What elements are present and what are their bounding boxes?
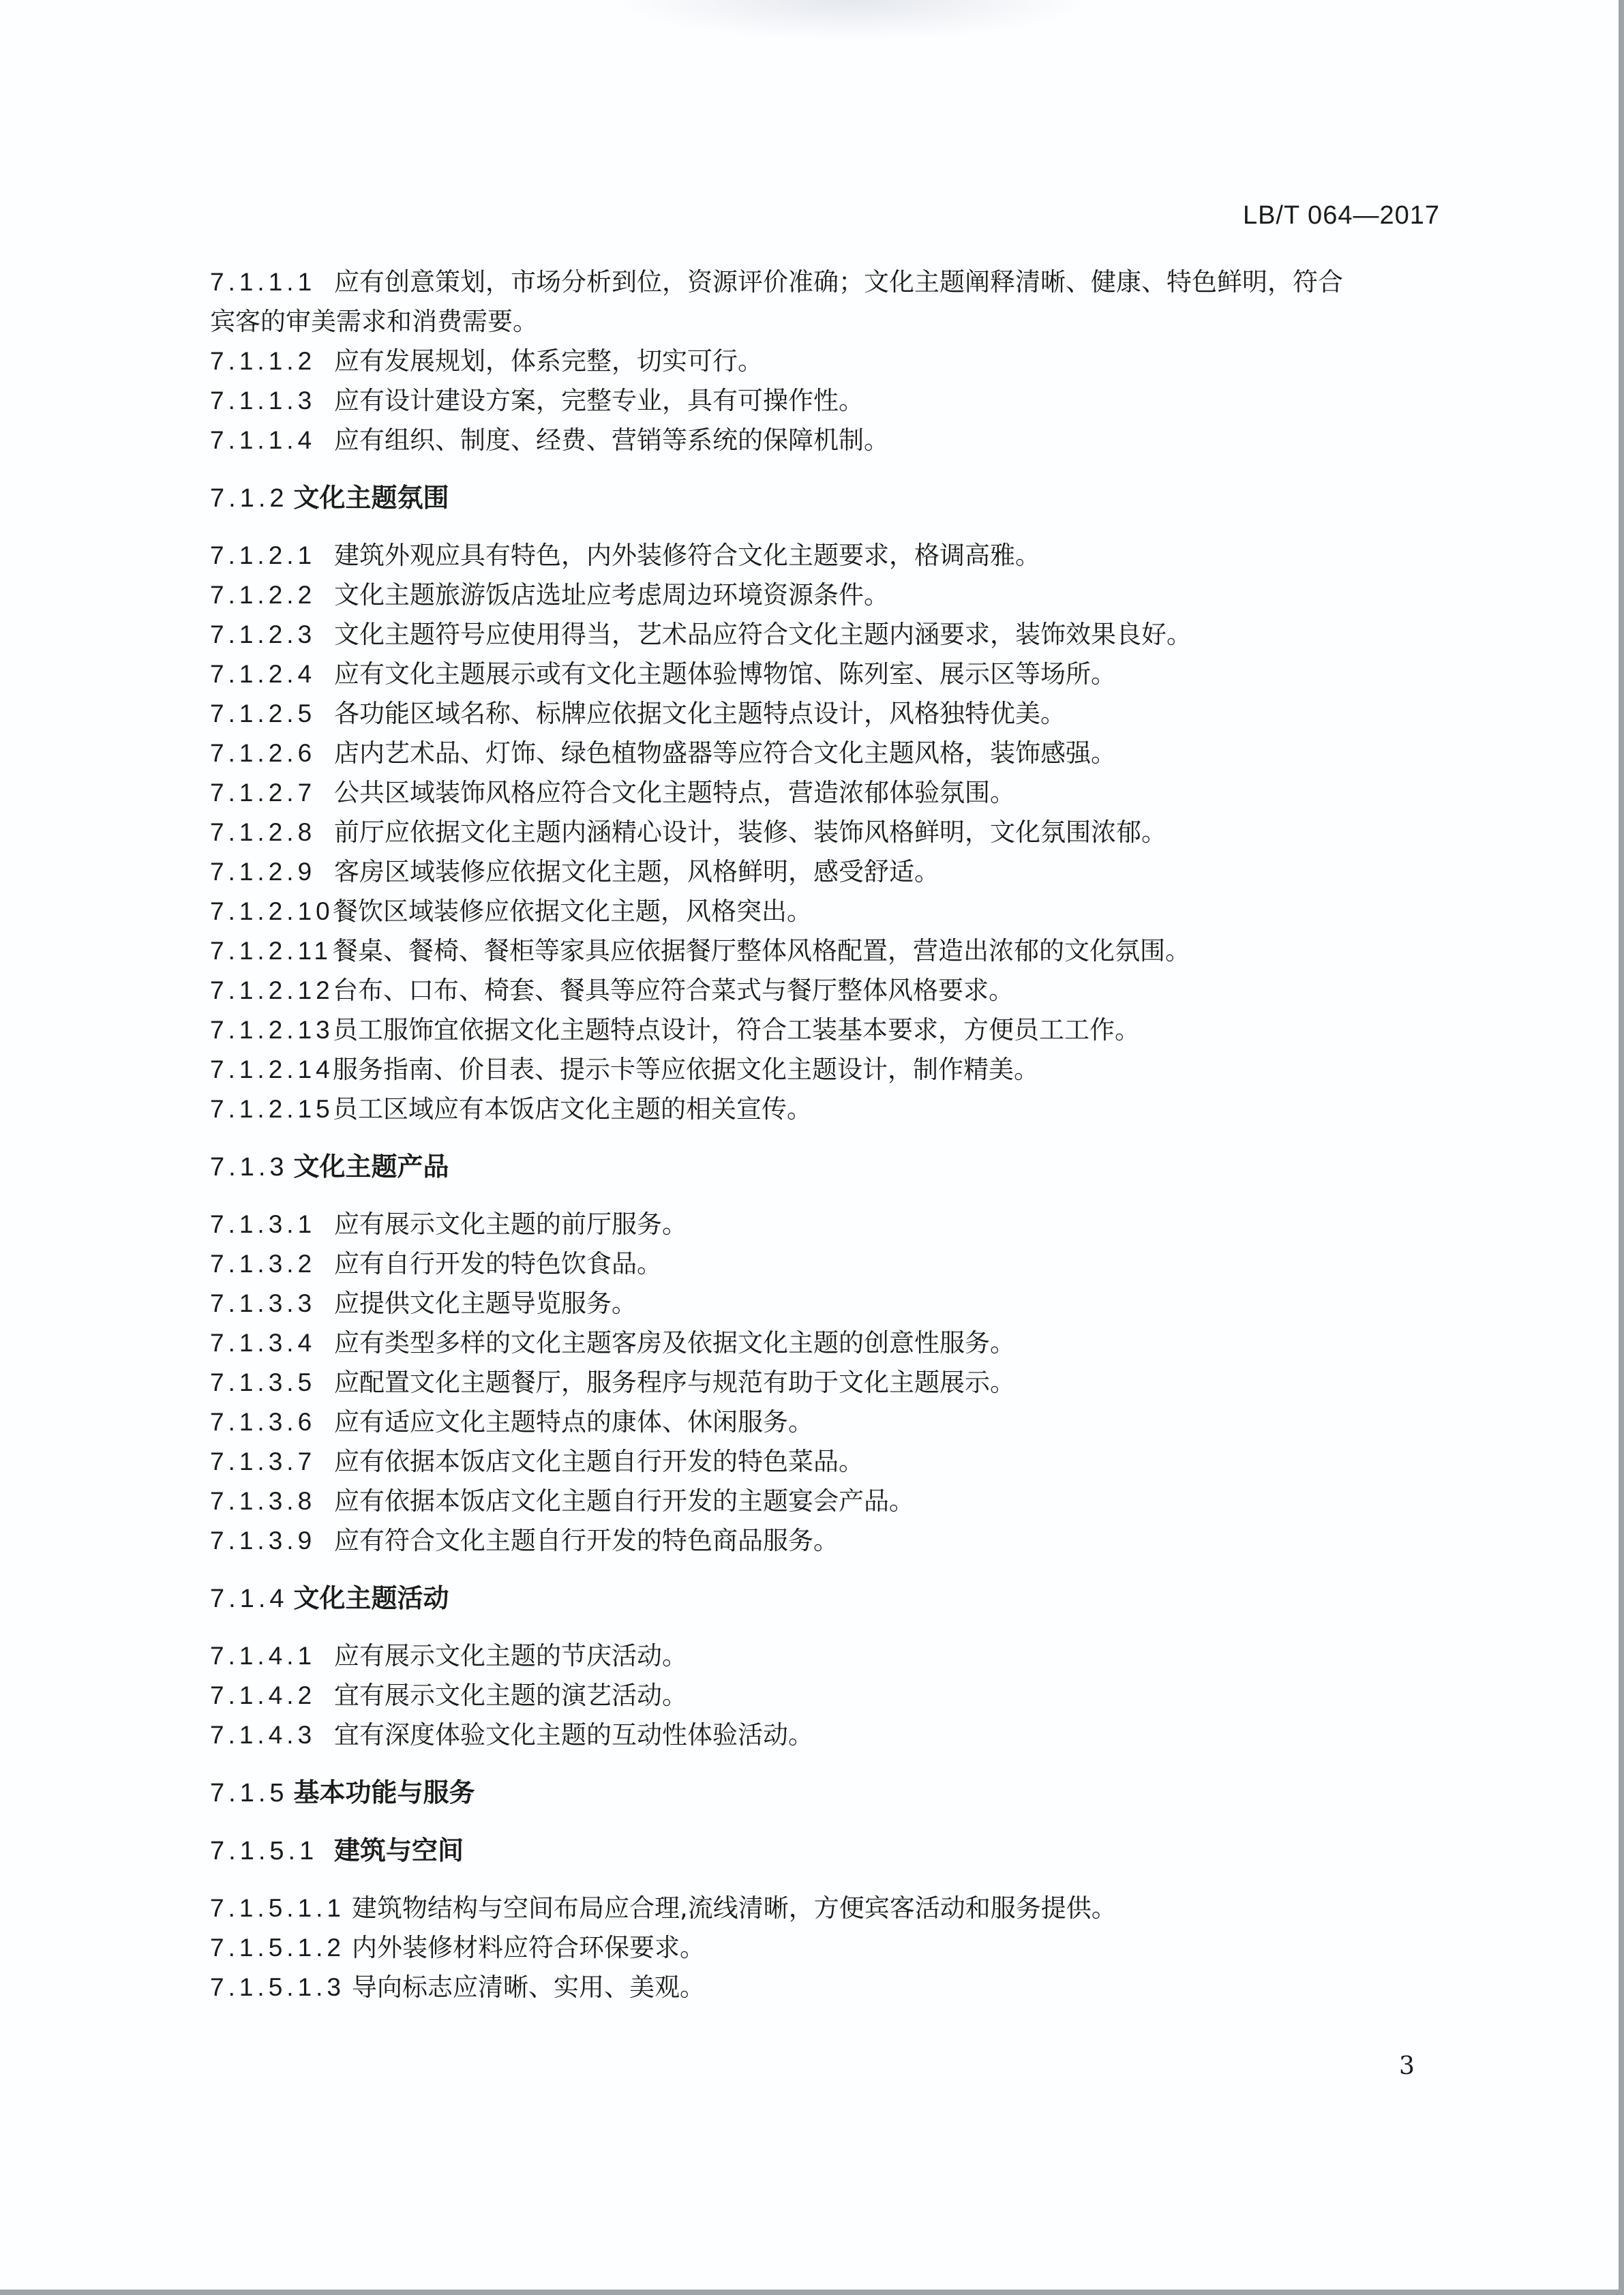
clause-number: 7.1.1.1 — [210, 262, 334, 302]
clause-text: 服务指南、价目表、提示卡等应依据文化主题设计，制作精美。 — [333, 1055, 1039, 1084]
clause-7-1-1-1: 7.1.1.1应有创意策划，市场分析到位，资源评价准确；文化主题阐释清晰、健康、… — [210, 262, 1444, 302]
clause-number: 7.1.5.1.2 — [210, 1928, 352, 1968]
clause-7-1-2-2: 7.1.2.2文化主题旅游饭店选址应考虑周边环境资源条件。 — [210, 575, 1444, 615]
clause-number: 7.1.3.5 — [210, 1363, 334, 1402]
clause-7-1-2-15: 7.1.2.15员工区域应有本饭店文化主题的相关宣传。 — [210, 1090, 1444, 1129]
clause-7-1-2-11: 7.1.2.11餐桌、餐椅、餐柜等家具应依据餐厅整体风格配置，营造出浓郁的文化氛… — [210, 931, 1444, 971]
clause-number: 7.1.4.1 — [210, 1636, 334, 1676]
clause-7-1-1-3: 7.1.1.3应有设计建设方案，完整专业，具有可操作性。 — [210, 381, 1444, 421]
clause-text: 应有设计建设方案，完整专业，具有可操作性。 — [334, 386, 864, 415]
clause-7-1-2-3: 7.1.2.3文化主题符号应使用得当，艺术品应符合文化主题内涵要求，装饰效果良好… — [210, 615, 1444, 655]
clause-7-1-3-8: 7.1.3.8应有依据本饭店文化主题自行开发的主题宴会产品。 — [210, 1482, 1444, 1521]
clause-text: 各功能区域名称、标牌应依据文化主题特点设计，风格独特优美。 — [334, 699, 1066, 728]
clause-7-1-3-6: 7.1.3.6应有适应文化主题特点的康体、休闲服务。 — [210, 1402, 1444, 1442]
clause-7-1-3-9: 7.1.3.9应有符合文化主题自行开发的特色商品服务。 — [210, 1521, 1444, 1561]
scan-edge-bottom — [0, 2290, 1624, 2295]
clause-7-1-1-1-continuation: 宾客的审美需求和消费需要。 — [210, 302, 1444, 342]
clause-number: 7.1.2.8 — [210, 813, 334, 852]
clause-number: 7.1.2.14 — [210, 1050, 333, 1090]
clause-7-1-5-1-1: 7.1.5.1.1建筑物结构与空间布局应合理,流线清晰，方便宾客活动和服务提供。 — [210, 1889, 1444, 1928]
clause-text: 建筑外观应具有特色，内外装修符合文化主题要求，格调高雅。 — [334, 541, 1040, 570]
clause-text: 文化主题符号应使用得当，艺术品应符合文化主题内涵要求，装饰效果良好。 — [334, 620, 1192, 649]
subsection-title: 建筑与空间 — [334, 1835, 464, 1865]
clause-number: 7.1.3.3 — [210, 1284, 334, 1323]
clause-number: 7.1.1.4 — [210, 421, 334, 460]
clause-7-1-2-4: 7.1.2.4应有文化主题展示或有文化主题体验博物馆、陈列室、展示区等场所。 — [210, 655, 1444, 694]
clause-7-1-3-5: 7.1.3.5应配置文化主题餐厅，服务程序与规范有助于文化主题展示。 — [210, 1363, 1444, 1402]
clause-7-1-4-3: 7.1.4.3宜有深度体验文化主题的互动性体验活动。 — [210, 1715, 1444, 1755]
clause-text: 应提供文化主题导览服务。 — [334, 1289, 637, 1318]
section-number: 7.1.4 — [210, 1585, 288, 1613]
clause-text: 客房区域装修应依据文化主题，风格鲜明，感受舒适。 — [334, 857, 939, 886]
clause-text: 应有类型多样的文化主题客房及依据文化主题的创意性服务。 — [334, 1328, 1015, 1357]
section-heading-7-1-3: 7.1.3文化主题产品 — [210, 1147, 1444, 1187]
section-title: 文化主题氛围 — [294, 483, 449, 513]
clause-text: 餐饮区域装修应依据文化主题，风格突出。 — [333, 897, 812, 926]
clause-number: 7.1.3.9 — [210, 1521, 334, 1561]
clause-number: 7.1.2.10 — [210, 892, 333, 931]
clause-number: 7.1.5.1.3 — [210, 1968, 352, 2007]
clause-text: 应有展示文化主题的前厅服务。 — [334, 1210, 687, 1239]
clause-text: 台布、口布、椅套、餐具等应符合菜式与餐厅整体风格要求。 — [333, 976, 1014, 1005]
clause-text: 员工区域应有本饭店文化主题的相关宣传。 — [333, 1094, 812, 1124]
clause-text: 建筑物结构与空间布局应合理,流线清晰，方便宾客活动和服务提供。 — [352, 1893, 1117, 1923]
clause-7-1-3-7: 7.1.3.7应有依据本饭店文化主题自行开发的特色菜品。 — [210, 1442, 1444, 1482]
clause-7-1-4-1: 7.1.4.1应有展示文化主题的节庆活动。 — [210, 1636, 1444, 1676]
page-number: 3 — [1399, 2052, 1415, 2080]
section-title: 文化主题活动 — [294, 1583, 449, 1613]
clause-text: 应有自行开发的特色饮食品。 — [334, 1249, 662, 1278]
clause-text: 文化主题旅游饭店选址应考虑周边环境资源条件。 — [334, 580, 889, 610]
section-title: 基本功能与服务 — [294, 1777, 475, 1807]
clause-number: 7.1.3.4 — [210, 1323, 334, 1363]
clause-7-1-2-7: 7.1.2.7公共区域装饰风格应符合文化主题特点，营造浓郁体验氛围。 — [210, 773, 1444, 813]
clause-number: 7.1.2.1 — [210, 536, 334, 575]
clause-7-1-2-13: 7.1.2.13员工服饰宜依据文化主题特点设计，符合工装基本要求，方便员工工作。 — [210, 1010, 1444, 1050]
clause-text: 应有发展规划，体系完整，切实可行。 — [334, 346, 763, 376]
clause-text: 应有组织、制度、经费、营销等系统的保障机制。 — [334, 425, 889, 455]
clause-7-1-2-8: 7.1.2.8前厅应依据文化主题内涵精心设计，装修、装饰风格鲜明，文化氛围浓郁。 — [210, 813, 1444, 852]
clause-number: 7.1.2.13 — [210, 1010, 333, 1050]
section-number: 7.1.3 — [210, 1153, 288, 1182]
section-heading-7-1-2: 7.1.2文化主题氛围 — [210, 478, 1444, 518]
clause-number: 7.1.3.2 — [210, 1244, 334, 1284]
clause-number: 7.1.2.3 — [210, 615, 334, 655]
section-heading-7-1-4: 7.1.4文化主题活动 — [210, 1578, 1444, 1619]
clause-text: 应有适应文化主题特点的康体、休闲服务。 — [334, 1407, 813, 1437]
clause-number: 7.1.3.8 — [210, 1482, 334, 1521]
clause-number: 7.1.3.1 — [210, 1205, 334, 1244]
clause-number: 7.1.4.2 — [210, 1676, 334, 1715]
clause-number: 7.1.2.15 — [210, 1090, 333, 1129]
clause-text: 应配置文化主题餐厅，服务程序与规范有助于文化主题展示。 — [334, 1368, 1015, 1397]
scan-edge-right — [1619, 0, 1624, 2295]
clause-text: 餐桌、餐椅、餐柜等家具应依据餐厅整体风格配置，营造出浓郁的文化氛围。 — [333, 936, 1190, 965]
subsection-number: 7.1.5.1 — [210, 1831, 334, 1871]
clause-7-1-5-1-3: 7.1.5.1.3导向标志应清晰、实用、美观。 — [210, 1968, 1444, 2007]
clause-number: 7.1.1.3 — [210, 381, 334, 421]
clause-7-1-2-10: 7.1.2.10餐饮区域装修应依据文化主题，风格突出。 — [210, 892, 1444, 931]
clause-text: 公共区域装饰风格应符合文化主题特点，营造浓郁体验氛围。 — [334, 778, 1015, 807]
clause-text: 宜有深度体验文化主题的互动性体验活动。 — [334, 1720, 813, 1750]
clause-text: 应有符合文化主题自行开发的特色商品服务。 — [334, 1526, 839, 1555]
clause-number: 7.1.2.7 — [210, 773, 334, 813]
clause-number: 7.1.2.2 — [210, 575, 334, 615]
document-page: LB/T 064—2017 7.1.1.1应有创意策划，市场分析到位，资源评价准… — [0, 0, 1624, 2295]
clause-text: 应有文化主题展示或有文化主题体验博物馆、陈列室、展示区等场所。 — [334, 659, 1116, 689]
clause-7-1-2-6: 7.1.2.6店内艺术品、灯饰、绿色植物盛器等应符合文化主题风格，装饰感强。 — [210, 734, 1444, 773]
clause-number: 7.1.2.9 — [210, 852, 334, 892]
clause-number: 7.1.2.11 — [210, 931, 333, 971]
section-heading-7-1-5: 7.1.5基本功能与服务 — [210, 1773, 1444, 1813]
clause-7-1-2-9: 7.1.2.9客房区域装修应依据文化主题，风格鲜明，感受舒适。 — [210, 852, 1444, 892]
clause-number: 7.1.3.7 — [210, 1442, 334, 1482]
section-number: 7.1.2 — [210, 484, 288, 513]
document-body: 7.1.1.1应有创意策划，市场分析到位，资源评价准确；文化主题阐释清晰、健康、… — [210, 262, 1444, 2007]
clause-number: 7.1.1.2 — [210, 342, 334, 381]
clause-7-1-3-4: 7.1.3.4应有类型多样的文化主题客房及依据文化主题的创意性服务。 — [210, 1323, 1444, 1363]
section-number: 7.1.5 — [210, 1779, 288, 1807]
clause-7-1-3-3: 7.1.3.3应提供文化主题导览服务。 — [210, 1284, 1444, 1323]
clause-7-1-3-1: 7.1.3.1应有展示文化主题的前厅服务。 — [210, 1205, 1444, 1244]
clause-text: 内外装修材料应符合环保要求。 — [352, 1933, 705, 1962]
clause-text: 宜有展示文化主题的演艺活动。 — [334, 1681, 687, 1710]
clause-7-1-4-2: 7.1.4.2宜有展示文化主题的演艺活动。 — [210, 1676, 1444, 1715]
clause-7-1-1-2: 7.1.1.2应有发展规划，体系完整，切实可行。 — [210, 342, 1444, 381]
clause-text: 前厅应依据文化主题内涵精心设计，装修、装饰风格鲜明，文化氛围浓郁。 — [334, 817, 1167, 847]
standard-code: LB/T 064—2017 — [1243, 201, 1440, 230]
clause-7-1-2-14: 7.1.2.14服务指南、价目表、提示卡等应依据文化主题设计，制作精美。 — [210, 1050, 1444, 1090]
clause-7-1-3-2: 7.1.3.2应有自行开发的特色饮食品。 — [210, 1244, 1444, 1284]
clause-text: 应有展示文化主题的节庆活动。 — [334, 1641, 687, 1670]
clause-7-1-2-12: 7.1.2.12台布、口布、椅套、餐具等应符合菜式与餐厅整体风格要求。 — [210, 971, 1444, 1010]
clause-text: 员工服饰宜依据文化主题特点设计，符合工装基本要求，方便员工工作。 — [333, 1015, 1140, 1045]
clause-number: 7.1.2.5 — [210, 694, 334, 734]
section-title: 文化主题产品 — [294, 1152, 449, 1182]
clause-number: 7.1.2.12 — [210, 971, 333, 1010]
clause-text: 应有创意策划，市场分析到位，资源评价准确；文化主题阐释清晰、健康、特色鲜明，符合 — [334, 267, 1343, 297]
clause-number: 7.1.5.1.1 — [210, 1889, 352, 1928]
clause-text: 导向标志应清晰、实用、美观。 — [352, 1972, 705, 2002]
subsection-heading-7-1-5-1: 7.1.5.1建筑与空间 — [210, 1831, 1444, 1871]
scan-shadow — [614, 0, 1091, 41]
clause-7-1-2-1: 7.1.2.1建筑外观应具有特色，内外装修符合文化主题要求，格调高雅。 — [210, 536, 1444, 575]
clause-7-1-5-1-2: 7.1.5.1.2内外装修材料应符合环保要求。 — [210, 1928, 1444, 1968]
clause-number: 7.1.2.4 — [210, 655, 334, 694]
clause-text: 应有依据本饭店文化主题自行开发的特色菜品。 — [334, 1447, 864, 1476]
clause-number: 7.1.2.6 — [210, 734, 334, 773]
clause-7-1-2-5: 7.1.2.5各功能区域名称、标牌应依据文化主题特点设计，风格独特优美。 — [210, 694, 1444, 734]
clause-text: 应有依据本饭店文化主题自行开发的主题宴会产品。 — [334, 1486, 914, 1516]
clause-7-1-1-4: 7.1.1.4应有组织、制度、经费、营销等系统的保障机制。 — [210, 421, 1444, 460]
clause-text: 店内艺术品、灯饰、绿色植物盛器等应符合文化主题风格，装饰感强。 — [334, 738, 1116, 768]
clause-number: 7.1.3.6 — [210, 1402, 334, 1442]
clause-number: 7.1.4.3 — [210, 1715, 334, 1755]
